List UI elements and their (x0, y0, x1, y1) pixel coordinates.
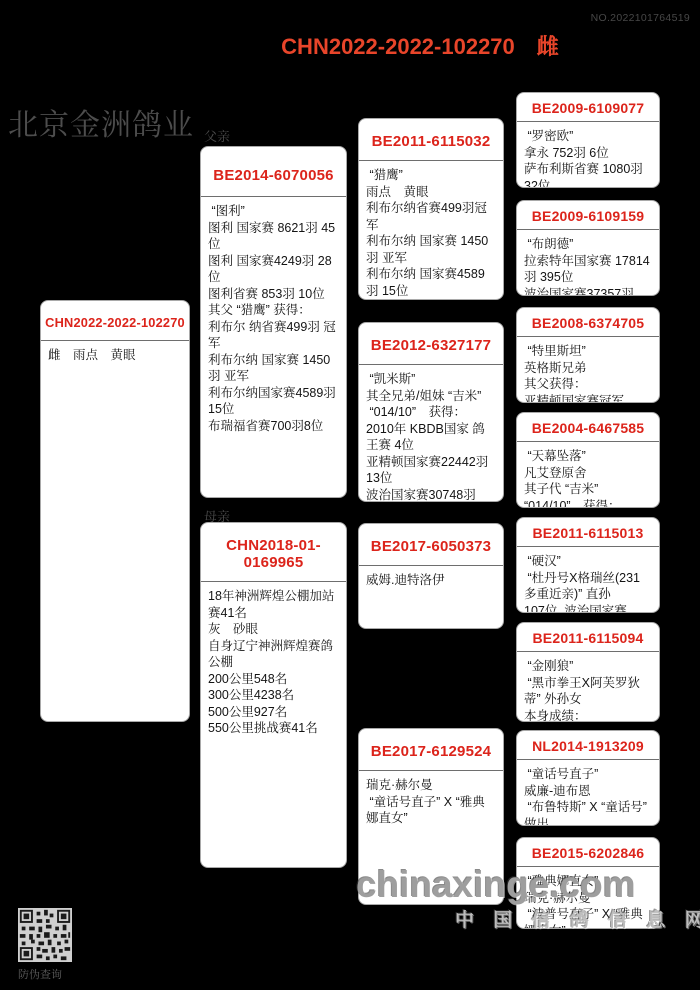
card-body: “图利” 图利 国家赛 8621羽 45位 图利 国家赛4249羽 28位 图利… (201, 197, 346, 440)
ring-number: BE2009-6109077 (517, 93, 659, 122)
pedigree-card-father: BE2014-6070056 “图利” 图利 国家赛 8621羽 45位 图利 … (200, 146, 347, 498)
ring-number: BE2011-6115013 (517, 518, 659, 547)
ring-number: BE2008-6374705 (517, 308, 659, 337)
pedigree-card-ff-mother: BE2009-6109159 “布朗德” 拉索特年国家赛 17814羽 395位… (516, 200, 660, 296)
pedigree-card-fm-father: BE2008-6374705 “特里斯坦” 英格斯兄弟 其父获得： 亚精顿国家赛… (516, 307, 660, 403)
card-body: “特里斯坦” 英格斯兄弟 其父获得： 亚精顿国家赛冠军 (517, 337, 659, 403)
pedigree-card-f-mother: BE2012-6327177 “凯米斯” 其全兄弟/姐妹 “吉米” “014/1… (358, 322, 504, 502)
card-body: “硬汉” “杜丹号X格瑞丝(231多重近亲)” 直孙 107位 波治国家赛 14 (517, 547, 659, 613)
card-body: “凯米斯” 其全兄弟/姐妹 “吉米” “014/10” 获得： 2010年 KB… (359, 365, 503, 502)
card-body: 瑞克·赫尔曼 “童话号直子” X “雅典娜直女” (359, 771, 503, 833)
ring-number: BE2015-6202846 (517, 838, 659, 867)
loft-watermark: 北京金洲鸽业 (8, 100, 194, 144)
card-body: “童话号直子” 威廉-迪布恩 “布鲁特斯” X “童话号” 做出 (517, 760, 659, 826)
ring-number: CHN2022-2022-102270 (41, 301, 189, 341)
pedigree-card-subject: CHN2022-2022-102270 雌 雨点 黄眼 (40, 300, 190, 722)
title-ring-number: CHN2022-2022-102270 (281, 34, 515, 59)
qr-code (18, 908, 72, 962)
father-label: 父亲 (204, 126, 230, 145)
card-body: 18年神洲辉煌公棚加站赛41名 灰 砂眼 自身辽宁神洲辉煌赛鸽公棚 200公里5… (201, 582, 346, 743)
pedigree-sheet: NO.2022101764519 CHN2022-2022-102270雌 北京… (0, 0, 700, 990)
title-sex: 雌 (537, 34, 559, 59)
card-body: “金刚狼” “黑市拳王X阿芙罗狄蒂” 外孙女 本身成绩： (517, 652, 659, 722)
pedigree-card-mother: CHN2018-01-0169965 18年神洲辉煌公棚加站赛41名 灰 砂眼 … (200, 522, 347, 868)
pedigree-card-mf-father: BE2011-6115013 “硬汉” “杜丹号X格瑞丝(231多重近亲)” 直… (516, 517, 660, 613)
card-body: “罗密欧” 拿永 752羽 6位 萨布利斯省赛 1080羽 32位 (517, 122, 659, 188)
card-body: “布朗德” 拉索特年国家赛 17814羽 395位 波治国家赛37357羽147… (517, 230, 659, 296)
qr-label: 防伪查询 (18, 966, 62, 982)
site-watermark-chinese: 中 国 信 鸽 信 息 网 (455, 905, 700, 932)
serial-number: NO.2022101764519 (591, 12, 690, 24)
pedigree-card-f-father: BE2011-6115032 “猎鹰” 雨点 黄眼 利布尔纳省赛499羽冠军 利… (358, 118, 504, 300)
ring-number: BE2017-6129524 (359, 729, 503, 771)
card-body: “猎鹰” 雨点 黄眼 利布尔纳省赛499羽冠军 利布尔纳 国家赛 1450羽 亚… (359, 161, 503, 300)
ring-number: BE2009-6109159 (517, 201, 659, 230)
site-watermark: chinaxinge.com (356, 864, 636, 906)
pedigree-card-m-father: BE2017-6050373 威姆.迪特洛伊 (358, 523, 504, 629)
ring-number: BE2014-6070056 (201, 147, 346, 197)
pedigree-card-ff-father: BE2009-6109077 “罗密欧” 拿永 752羽 6位 萨布利斯省赛 1… (516, 92, 660, 188)
ring-number: CHN2018-01-0169965 (201, 523, 346, 582)
ring-number: NL2014-1913209 (517, 731, 659, 760)
pedigree-card-fm-mother: BE2004-6467585 “天幕坠落” 凡艾登原舍 其子代 “吉米” “01… (516, 412, 660, 508)
pedigree-card-mf-mother: BE2011-6115094 “金刚狼” “黑市拳王X阿芙罗狄蒂” 外孙女 本身… (516, 622, 660, 722)
ring-number: BE2011-6115032 (359, 119, 503, 161)
card-body: “天幕坠落” 凡艾登原舍 其子代 “吉米” “014/10” 获得： (517, 442, 659, 508)
card-body: 雌 雨点 黄眼 (41, 341, 189, 370)
page-title: CHN2022-2022-102270雌 (140, 30, 700, 61)
card-body: 威姆.迪特洛伊 (359, 566, 503, 595)
pedigree-card-mm-father: NL2014-1913209 “童话号直子” 威廉-迪布恩 “布鲁特斯” X “… (516, 730, 660, 826)
ring-number: BE2017-6050373 (359, 524, 503, 566)
ring-number: BE2011-6115094 (517, 623, 659, 652)
ring-number: BE2012-6327177 (359, 323, 503, 365)
ring-number: BE2004-6467585 (517, 413, 659, 442)
